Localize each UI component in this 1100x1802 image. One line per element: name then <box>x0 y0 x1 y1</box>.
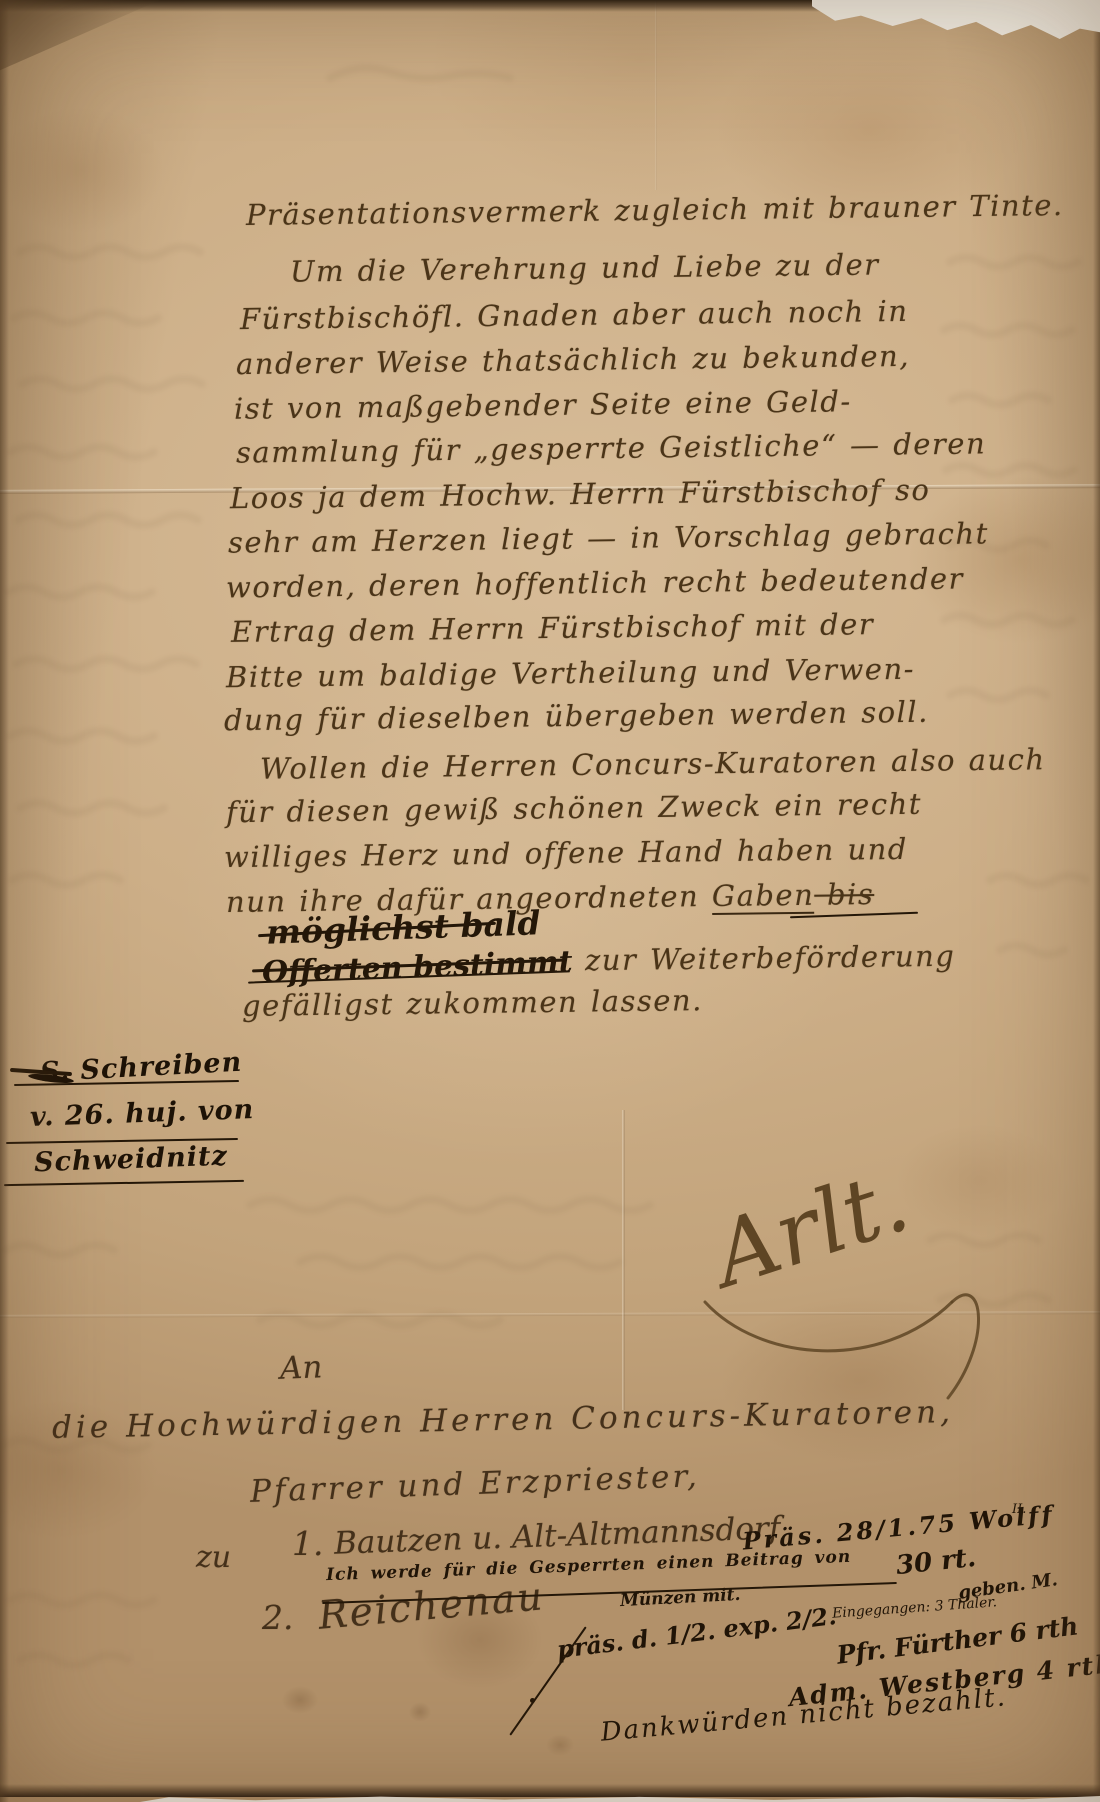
recipient-prefix: zu <box>196 1540 231 1575</box>
flourish-stroke <box>705 1302 952 1351</box>
paper-edge-right <box>1093 0 1100 1802</box>
recipient-number: 1. <box>292 1524 324 1563</box>
address-salutation: An <box>279 1349 323 1386</box>
paper-edge-bottom <box>0 1784 1100 1797</box>
recipient-number: 2. <box>262 1598 294 1637</box>
letter-page: Präsentationsvermerk zugleich mit braune… <box>0 0 1100 1802</box>
flourish-stroke <box>948 1295 979 1398</box>
paper-edge-left <box>0 0 9 1802</box>
ink-dot <box>530 1698 535 1703</box>
